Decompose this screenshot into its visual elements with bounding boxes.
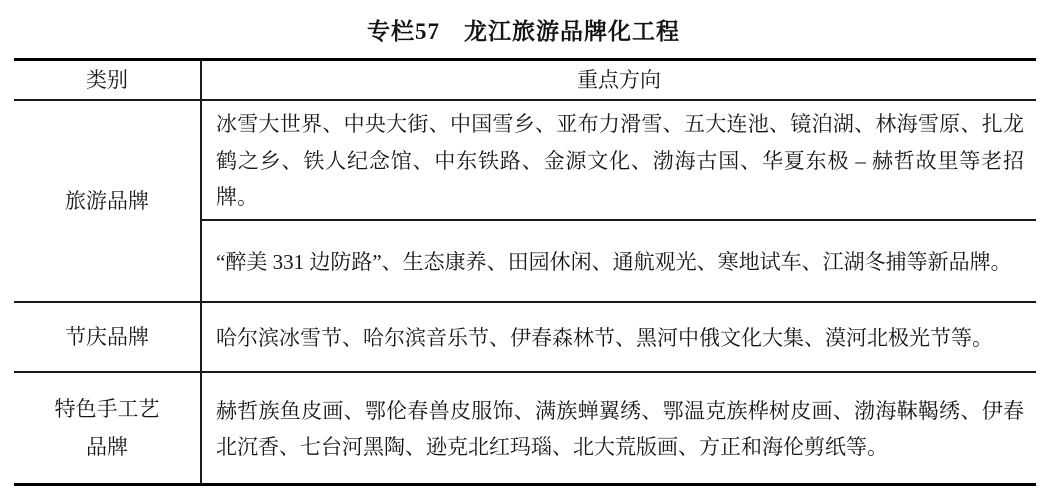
category-festival-brands: 节庆品牌 (14, 303, 200, 373)
content-tourism-old-brands: 冰雪大世界、中央大街、中国雪乡、亚布力滑雪、五大连池、镜泊湖、林海雪原、扎龙鹤之… (200, 101, 1036, 221)
content-festival-brands: 哈尔滨冰雪节、哈尔滨音乐节、伊春森林节、黑河中俄文化大集、漠河北极光节等。 (200, 303, 1036, 373)
header-category: 类别 (14, 61, 200, 101)
category-handicraft-label: 特色手工艺品牌 (46, 390, 168, 466)
category-handicraft-brands: 特色手工艺品牌 (14, 373, 200, 483)
header-direction: 重点方向 (200, 61, 1036, 101)
content-handicraft-brands: 赫哲族鱼皮画、鄂伦春兽皮服饰、满族蝉翼绣、鄂温克族桦树皮画、渤海靺鞨绣、伊春北沉… (200, 373, 1036, 483)
document-page: 专栏57 龙江旅游品牌化工程 类别 重点方向 旅游品牌 冰雪大世界、中央大街、中… (0, 0, 1047, 489)
content-tourism-new-brands: “醉美 331 边防路”、生态康养、田园休闲、通航观光、寒地试车、江湖冬捕等新品… (200, 221, 1036, 303)
brand-table: 类别 重点方向 旅游品牌 冰雪大世界、中央大街、中国雪乡、亚布力滑雪、五大连池、… (14, 58, 1036, 486)
category-tourism-brands: 旅游品牌 (14, 101, 200, 303)
table-title: 专栏57 龙江旅游品牌化工程 (0, 0, 1047, 45)
